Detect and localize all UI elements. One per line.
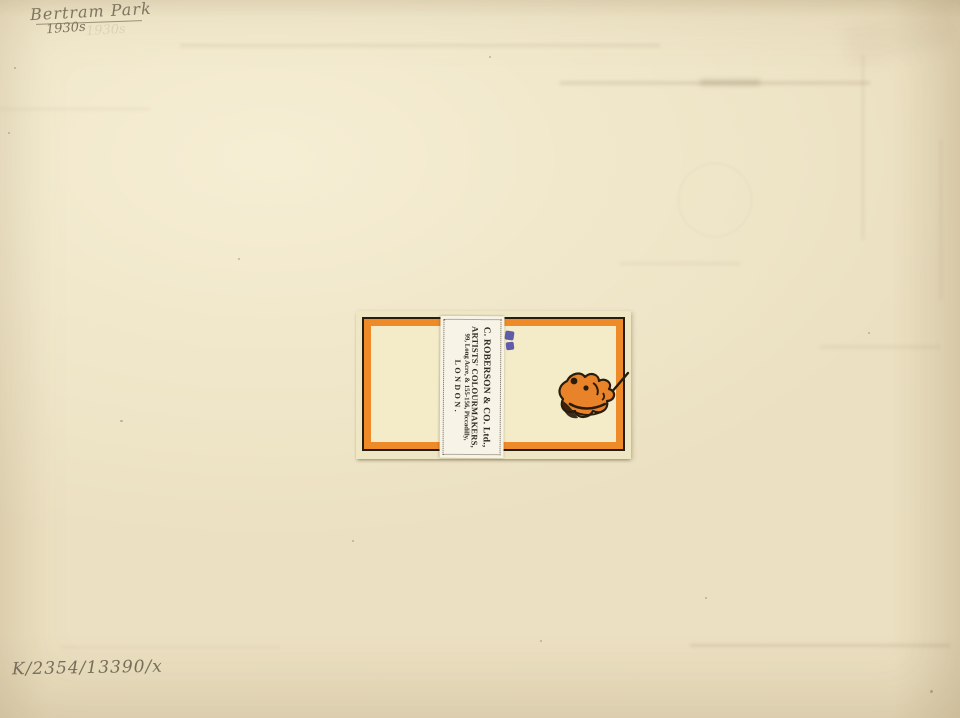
stain-mark xyxy=(0,108,150,110)
stain-mark xyxy=(60,646,280,648)
label-address-line: 99, Long Acre, & 155-156, Piccadilly, xyxy=(462,333,471,440)
dust-speck xyxy=(540,640,542,642)
label-company-line: C. ROBERSON & CO. Ltd., xyxy=(480,327,492,448)
dust-speck xyxy=(930,690,933,693)
stain-mark xyxy=(180,44,660,47)
stain-mark xyxy=(700,79,760,86)
annotation-date: 1930s xyxy=(46,20,87,38)
stain-mark xyxy=(678,163,752,237)
dust-speck xyxy=(868,332,870,334)
painter-figure-emblem-icon xyxy=(555,367,631,429)
label-trade-line: ARTISTS' COLOURMAKERS, xyxy=(470,326,481,448)
stain-mark xyxy=(842,3,958,67)
dust-speck xyxy=(120,420,123,422)
stain-mark xyxy=(820,345,940,349)
stain-mark xyxy=(940,140,942,300)
stain-mark xyxy=(690,644,950,647)
dust-speck xyxy=(705,597,707,599)
address-label-band: C. ROBERSON & CO. Ltd., ARTISTS' COLOURM… xyxy=(440,316,505,458)
dust-speck xyxy=(238,258,240,260)
blue-ink-mark xyxy=(506,342,515,351)
stain-mark xyxy=(620,262,740,265)
address-label-text: C. ROBERSON & CO. Ltd., ARTISTS' COLOURM… xyxy=(444,319,501,455)
blue-ink-mark xyxy=(504,330,514,340)
mount-sheet: Bertram Park 1930s 1930s K/2354/13390/x xyxy=(0,0,960,718)
dust-speck xyxy=(8,132,10,134)
stain-mark xyxy=(862,55,864,240)
dust-speck xyxy=(352,540,354,542)
annotation-catalog-number: K/2354/13390/x xyxy=(12,657,163,680)
dust-speck xyxy=(489,56,491,58)
label-city-line: LONDON. xyxy=(452,360,462,415)
dust-speck xyxy=(14,67,16,69)
annotation-date-ghost: 1930s xyxy=(86,22,126,39)
